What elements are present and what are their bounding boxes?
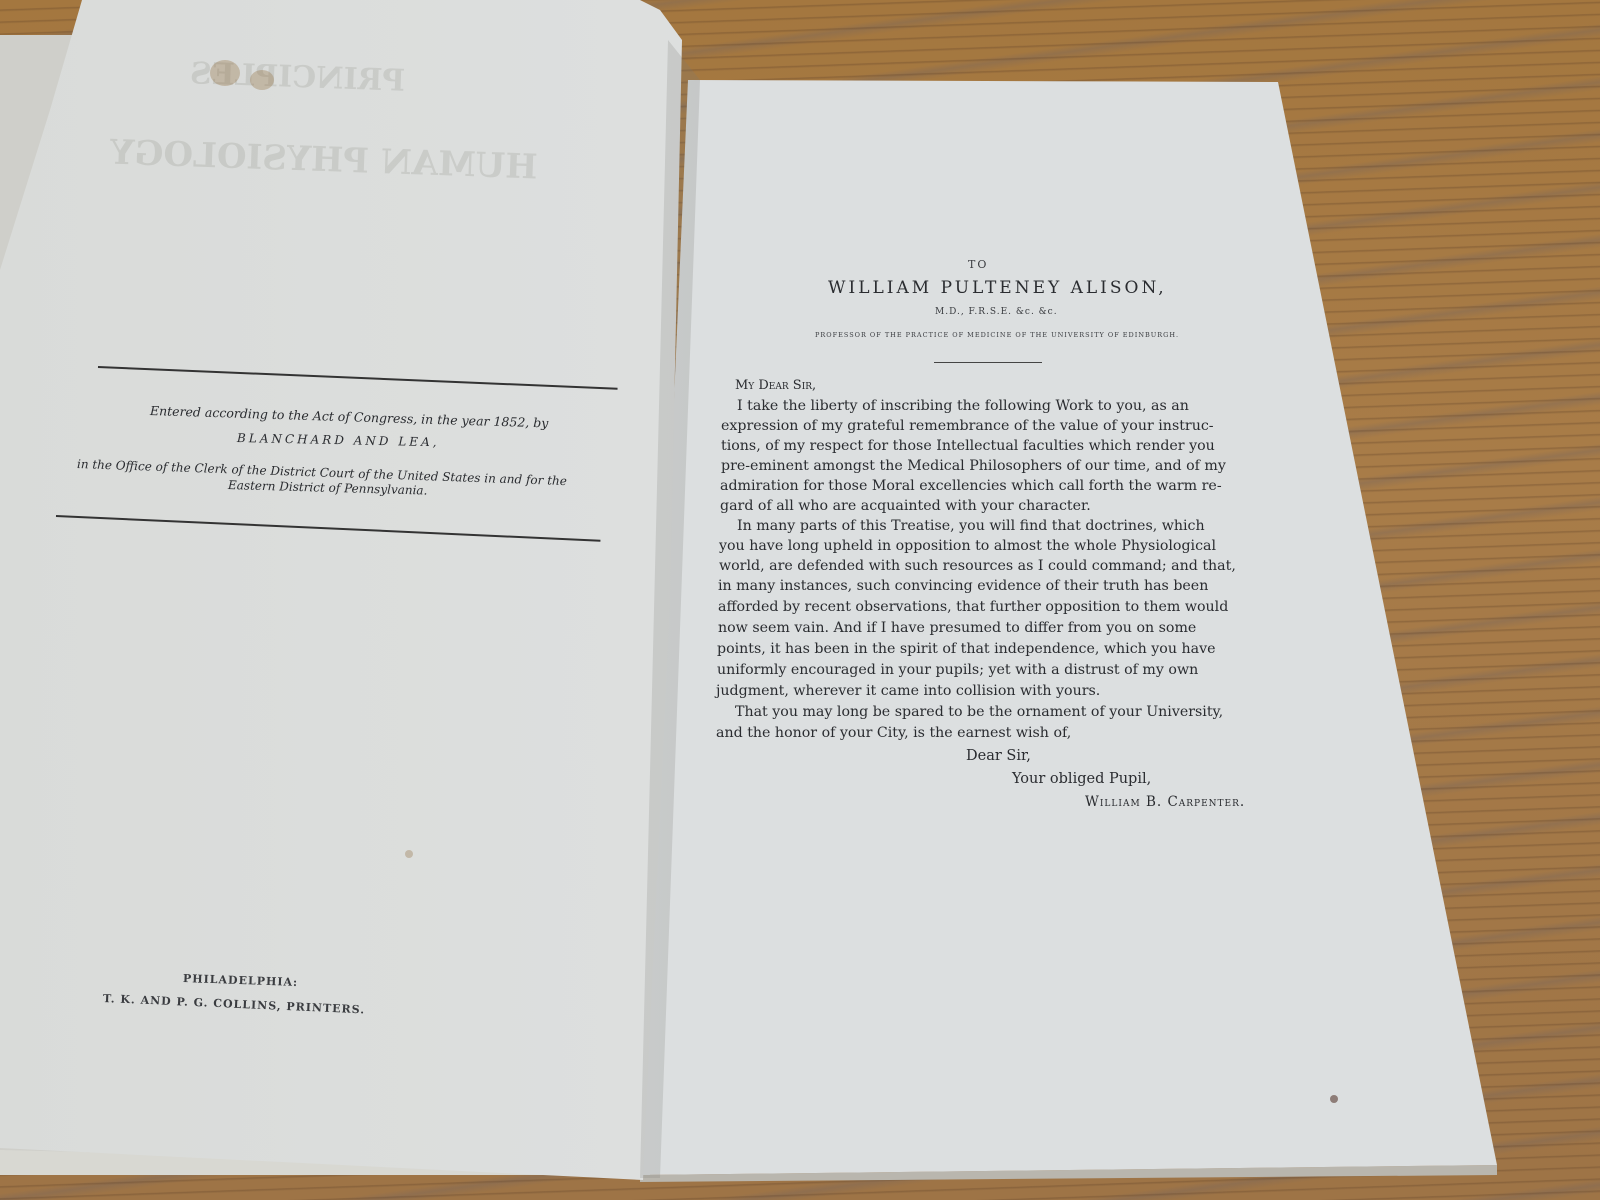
letter-line: you have long upheld in opposition to al… — [719, 538, 1216, 554]
foxing-spot — [1330, 1095, 1338, 1103]
foxing-spot — [405, 850, 413, 858]
letter-line: world, are defended with such resources … — [719, 558, 1236, 574]
letter-closing-pupil: Your obliged Pupil, — [1012, 771, 1151, 787]
letter-line: in many instances, such convincing evide… — [718, 578, 1208, 594]
letter-line: judgment, wherever it came into collisio… — [716, 683, 1100, 699]
foxing-spot — [210, 60, 240, 86]
letter-line: I take the liberty of inscribing the fol… — [737, 398, 1189, 414]
letter-line: That you may long be spared to be the or… — [735, 704, 1223, 720]
letter-closing: Dear Sir, — [966, 748, 1031, 764]
letter-line: pre-eminent amongst the Medical Philosop… — [721, 458, 1226, 474]
letter-line: points, it has been in the spirit of tha… — [717, 641, 1216, 657]
letter-line: afforded by recent observations, that fu… — [718, 599, 1228, 615]
letter-line: In many parts of this Treatise, you will… — [737, 518, 1205, 534]
letter-line: tions, of my respect for those Intellect… — [721, 438, 1215, 454]
letter-line: gard of all who are acquainted with your… — [720, 498, 1091, 514]
foxing-spot — [250, 70, 274, 90]
letter-line: uniformly encouraged in your pupils; yet… — [717, 662, 1198, 678]
dedication-to: TO — [968, 258, 988, 271]
letter-line: and the honor of your City, is the earne… — [716, 725, 1071, 741]
dedicatee-position: PROFESSOR OF THE PRACTICE OF MEDICINE OF… — [815, 331, 1179, 339]
letter-salutation: My Dear Sir, — [735, 378, 816, 393]
letter-line: expression of my grateful remembrance of… — [721, 418, 1214, 434]
dedicatee-credentials: M.D., F.R.S.E. &c. &c. — [935, 307, 1058, 317]
letter-signature: William B. Carpenter. — [1085, 794, 1245, 810]
letter-line: admiration for those Moral excellencies … — [720, 478, 1222, 494]
dedication-rule — [934, 362, 1042, 363]
letter-line: now seem vain. And if I have presumed to… — [718, 620, 1196, 636]
dedicatee-name: WILLIAM PULTENEY ALISON, — [828, 278, 1167, 298]
